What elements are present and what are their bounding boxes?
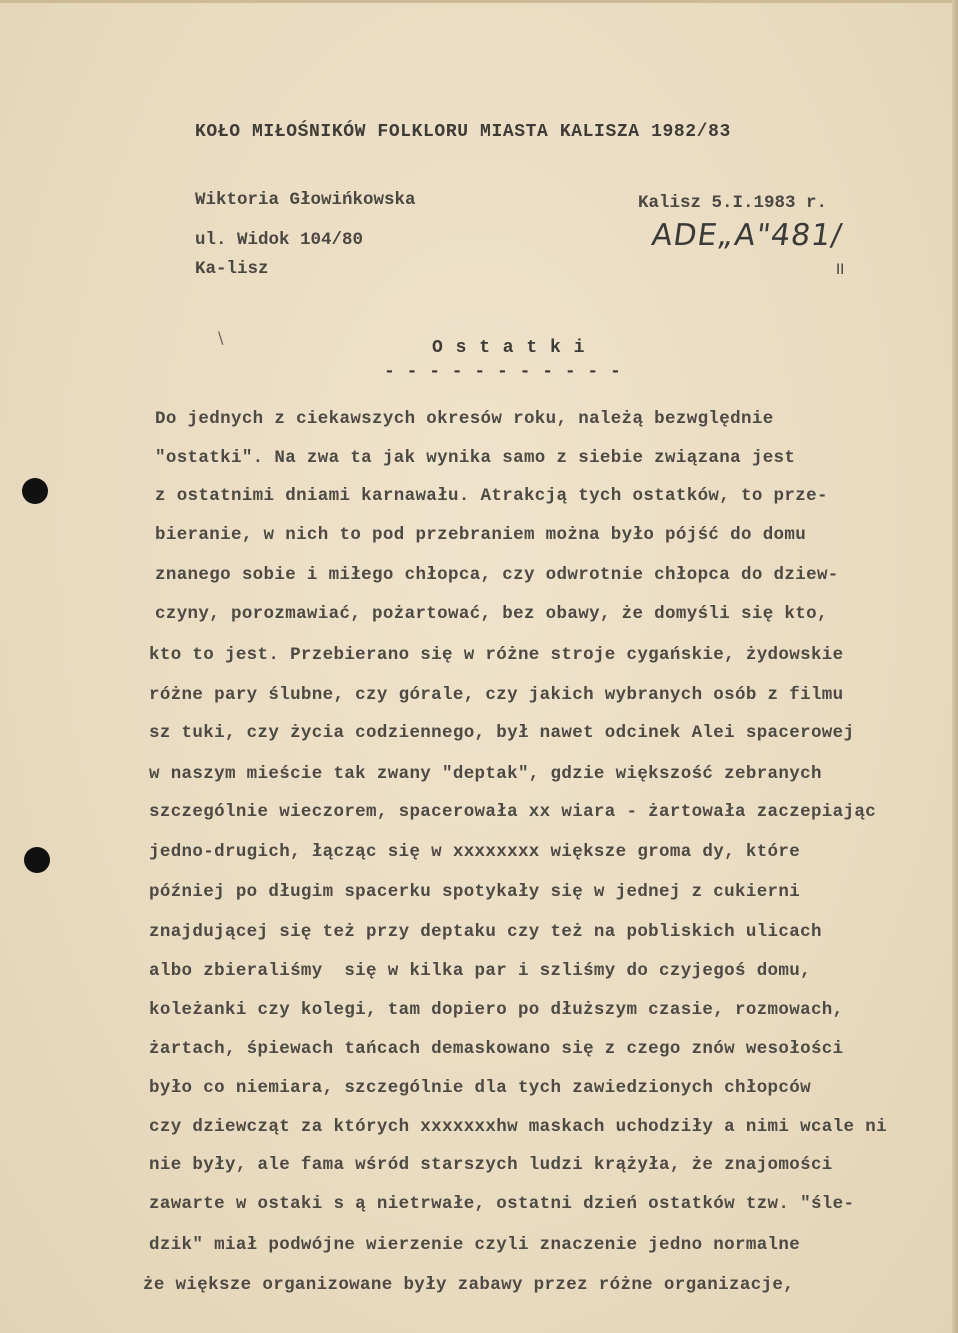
body-line: było co niemiara, szczególnie dla tych z… [149,1078,811,1098]
document-date: Kalisz 5.I.1983 r. [638,193,827,213]
body-line: "ostatki". Na zwa ta jak wynika samo z s… [155,448,795,468]
paper-top-edge [0,0,958,3]
body-line: albo zbieraliśmy się w kilka par i szliś… [149,961,811,981]
title-underline: - - - - - - - - - - - [384,362,621,382]
body-line: sz tuki, czy życia codziennego, był nawe… [149,723,854,743]
document-header: KOŁO MIŁOŚNIKÓW FOLKLORU MIASTA KALISZA … [195,122,731,142]
body-line: nie były, ale fama wśród starszych ludzi… [149,1155,833,1175]
body-line: czyny, porozmawiać, pożartować, bez obaw… [155,604,828,624]
punch-hole-icon [24,847,50,873]
author-name: Wiktoria Głowińkowska [195,190,416,210]
archive-mark: ADE„A"481/ [650,218,845,253]
body-line: kto to jest. Przebierano się w różne str… [149,645,844,665]
document-title: O s t a t k i [432,338,585,358]
archive-mark-sub: II [836,262,844,278]
body-line: dzik" miał podwójne wierzenie czyli znac… [149,1235,800,1255]
body-line: koleżanki czy kolegi, tam dopiero po dłu… [149,1000,844,1020]
body-line: jedno-drugich, łącząc się w xxxxxxxx wię… [149,842,800,862]
body-line: szczególnie wieczorem, spacerowała xx wi… [149,802,876,822]
author-city: Ka-lisz [195,259,269,279]
body-line: znajdującej się też przy deptaku czy też… [149,922,822,942]
body-line: różne pary ślubne, czy górale, czy jakic… [149,685,844,705]
body-line: z ostatnimi dniami karnawału. Atrakcją t… [155,486,828,506]
stray-mark: \ [218,328,223,347]
body-line: czy dziewcząt za których xxxxxxxhw maska… [149,1117,887,1137]
body-line: że większe organizowane były zabawy prze… [143,1275,794,1295]
punch-hole-icon [22,478,48,504]
body-line: zawarte w ostaki s ą nietrwałe, ostatni … [149,1194,854,1214]
author-street: ul. Widok 104/80 [195,230,363,250]
body-line: znanego sobie i miłego chłopca, czy odwr… [155,565,839,585]
paper-right-edge [952,0,958,1333]
body-line: bieranie, w nich to pod przebraniem możn… [155,525,806,545]
body-line: żartach, śpiewach tańcach demaskowano si… [149,1039,844,1059]
body-line: Do jednych z ciekawszych okresów roku, n… [155,409,774,429]
body-line: w naszym mieście tak zwany "deptak", gdz… [149,764,822,784]
body-line: później po długim spacerku spotykały się… [149,882,800,902]
